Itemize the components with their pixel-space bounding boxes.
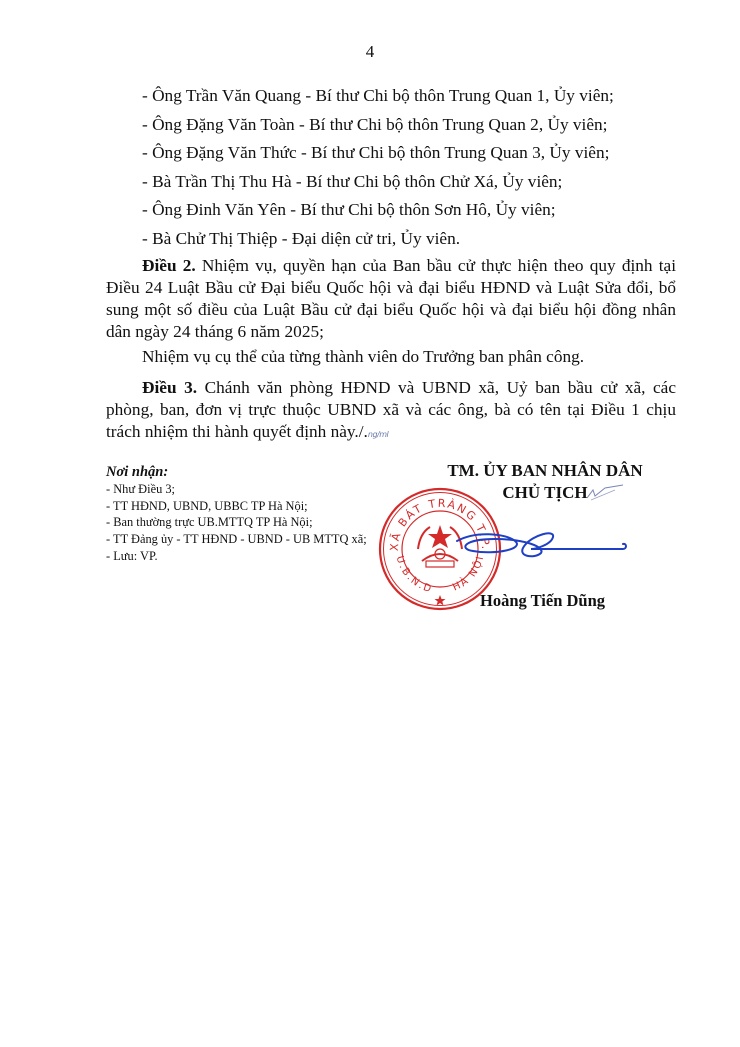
initial-mark: ng/ml [368, 430, 388, 439]
initial-tick-icon [585, 484, 625, 502]
article-3-label: Điều 3. [142, 378, 197, 397]
member-item: - Ông Trần Văn Quang - Bí thư Chi bộ thô… [142, 82, 702, 111]
member-item: - Ông Đặng Văn Toàn - Bí thư Chi bộ thôn… [142, 111, 702, 140]
signature-icon [455, 527, 635, 567]
recipients-heading: Nơi nhận: [106, 463, 406, 481]
signer-name: Hoàng Tiến Dũng [480, 591, 605, 611]
member-item: - Bà Trần Thị Thu Hà - Bí thư Chi bộ thô… [142, 168, 702, 197]
task-assignment: Nhiệm vụ cụ thể của từng thành viên do T… [106, 346, 676, 368]
recipient-item: - TT Đảng ủy - TT HĐND - UBND - UB MTTQ … [106, 531, 406, 548]
task-assignment-text: Nhiệm vụ cụ thể của từng thành viên do T… [142, 347, 584, 366]
recipient-item: - Lưu: VP. [106, 548, 406, 565]
signer-org: TM. ỦY BAN NHÂN DÂN [430, 460, 660, 482]
member-item: - Ông Đinh Văn Yên - Bí thư Chi bộ thôn … [142, 196, 702, 225]
recipient-item: - TT HĐND, UBND, UBBC TP Hà Nội; [106, 498, 406, 515]
member-list: - Ông Trần Văn Quang - Bí thư Chi bộ thô… [142, 82, 702, 253]
recipients-block: Nơi nhận: - Như Điều 3; - TT HĐND, UBND,… [106, 463, 406, 565]
recipient-item: - Như Điều 3; [106, 481, 406, 498]
member-item: - Ông Đặng Văn Thức - Bí thư Chi bộ thôn… [142, 139, 702, 168]
page-number: 4 [0, 42, 740, 62]
article-2-label: Điều 2. [142, 256, 196, 275]
article-3: Điều 3. Chánh văn phòng HĐND và UBND xã,… [106, 377, 676, 446]
member-item: - Bà Chử Thị Thiệp - Đại diện cử tri, Ủy… [142, 225, 702, 254]
recipient-item: - Ban thường trực UB.MTTQ TP Hà Nội; [106, 514, 406, 531]
article-2: Điều 2. Nhiệm vụ, quyền hạn của Ban bầu … [106, 255, 676, 343]
